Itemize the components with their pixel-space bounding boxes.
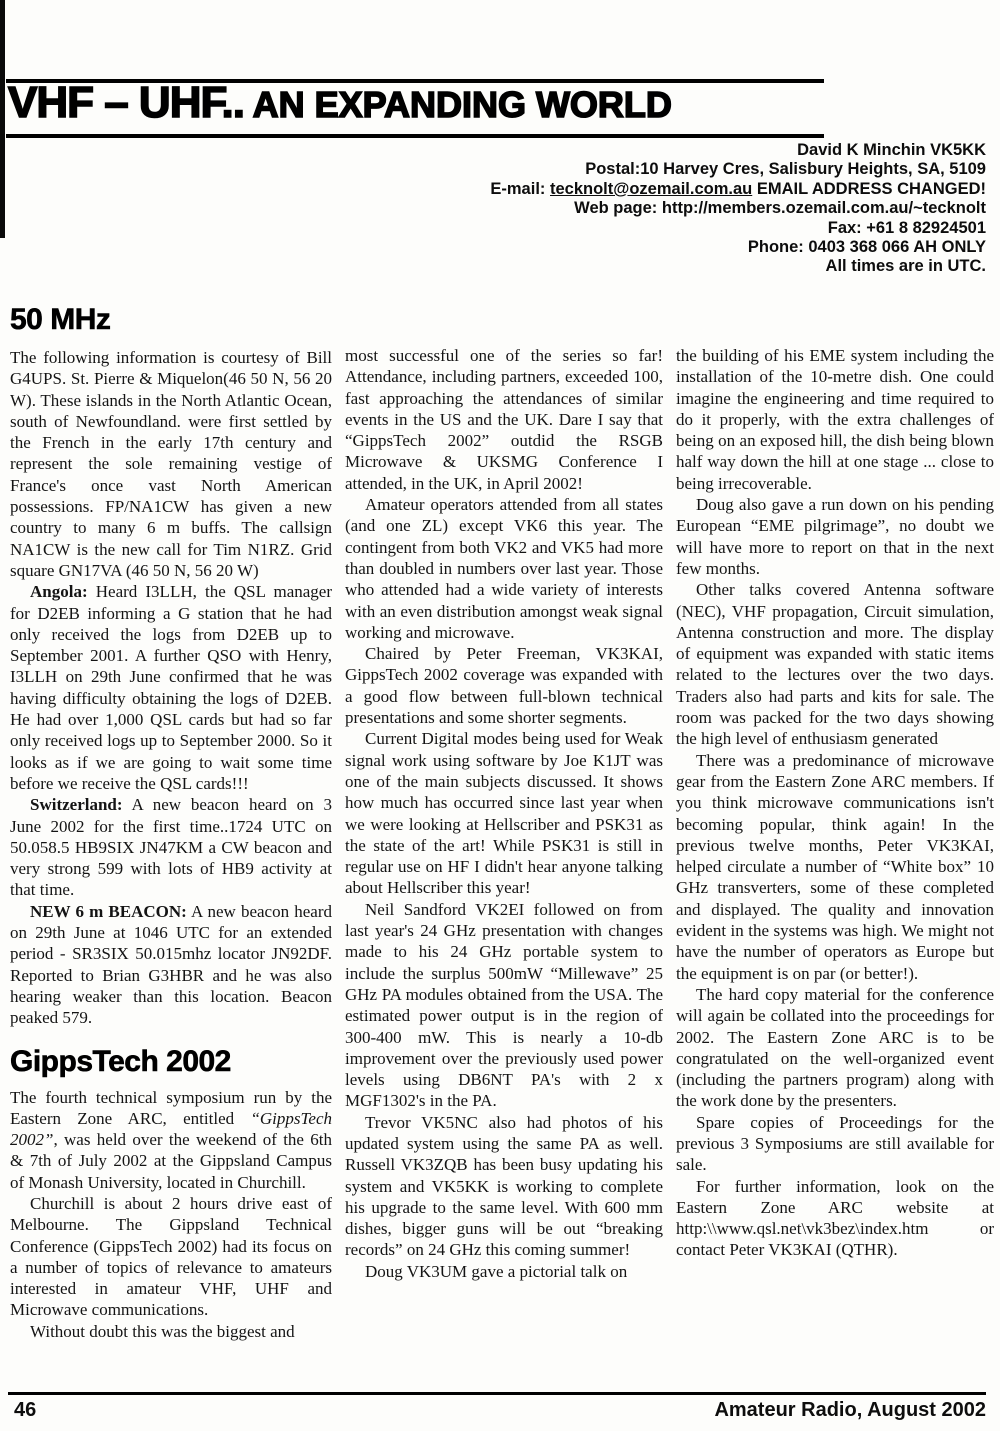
paragraph: There was a predominance of microwave ge…: [676, 750, 994, 984]
paragraph: The hard copy material for the conferenc…: [676, 984, 994, 1112]
paragraph-switzerland: Switzerland: A new beacon heard on 3 Jun…: [10, 794, 332, 900]
contact-line-postal: Postal:10 Harvey Cres, Salisbury Heights…: [366, 160, 986, 179]
paragraph: Doug also gave a run down on his pending…: [676, 494, 994, 579]
contact-line-phone: Phone: 0403 368 066 AH ONLY: [366, 238, 986, 257]
scan-artifact-left-edge: [0, 0, 5, 238]
paragraph: Spare copies of Proceedings for the prev…: [676, 1112, 994, 1176]
paragraph: most successful one of the series so far…: [345, 345, 663, 494]
paragraph-angola: Angola: Heard I3LLH, the QSL manager for…: [10, 581, 332, 794]
paragraph: Neil Sandford VK2EI followed on from las…: [345, 899, 663, 1112]
paragraph-lead: Switzerland:: [30, 795, 123, 814]
email-note: EMAIL ADDRESS CHANGED!: [752, 180, 986, 198]
column-2: most successful one of the series so far…: [345, 345, 663, 1391]
paragraph-lead: Angola:: [30, 582, 88, 601]
contact-line-fax: Fax: +61 8 82924501: [366, 219, 986, 238]
column-1: 50 MHz The following information is cour…: [10, 303, 332, 1391]
title-rule-bottom: [6, 134, 824, 138]
contact-line-utc: All times are in UTC.: [366, 257, 986, 276]
paragraph: Chaired by Peter Freeman, VK3KAI, GippsT…: [345, 643, 663, 728]
paragraph: Other talks covered Antenna software (NE…: [676, 579, 994, 749]
title-main: VHF – UHF..: [8, 78, 244, 127]
paragraph: Trevor VK5NC also had photos of his upda…: [345, 1112, 663, 1261]
paragraph: Without doubt this was the biggest and: [10, 1321, 332, 1342]
paragraph: Churchill is about 2 hours drive east of…: [10, 1193, 332, 1321]
title-subtitle: AN EXPANDING WORLD: [244, 84, 672, 125]
article-title-banner: VHF – UHF.. AN EXPANDING WORLD: [6, 79, 824, 138]
author-name: David K Minchin VK5KK: [366, 141, 986, 160]
paragraph: For further information, look on the Eas…: [676, 1176, 994, 1261]
contact-line-email: E-mail: tecknolt@ozemail.com.au EMAIL AD…: [366, 180, 986, 199]
paragraph: Amateur operators attended from all stat…: [345, 494, 663, 643]
paragraph-text: , was held over the weekend of the 6th &…: [10, 1130, 332, 1192]
scanned-magazine-page: VHF – UHF.. AN EXPANDING WORLD David K M…: [0, 0, 1000, 1431]
page-title: VHF – UHF.. AN EXPANDING WORLD: [8, 84, 824, 132]
contact-line-web: Web page: http://members.ozemail.com.au/…: [366, 199, 986, 218]
footer-rule: [8, 1392, 986, 1395]
section-heading-50mhz: 50 MHz: [10, 303, 332, 337]
magazine-issue: Amateur Radio, August 2002: [714, 1399, 986, 1422]
paragraph: the building of his EME system including…: [676, 345, 994, 494]
paragraph: The following information is courtesy of…: [10, 347, 332, 581]
paragraph: Current Digital modes being used for Wea…: [345, 728, 663, 898]
paragraph: Doug VK3UM gave a pictorial talk on: [345, 1261, 663, 1282]
paragraph-new-beacon: NEW 6 m BEACON: A new beacon heard on 29…: [10, 901, 332, 1029]
section-heading-gippstech: GippsTech 2002: [10, 1045, 332, 1079]
paragraph: The fourth technical symposium run by th…: [10, 1087, 332, 1193]
paragraph-text: Heard I3LLH, the QSL manager for D2EB in…: [10, 582, 332, 793]
email-label: E-mail:: [490, 180, 550, 198]
paragraph-lead: NEW 6 m BEACON:: [30, 902, 187, 921]
page-number: 46: [14, 1399, 36, 1422]
author-contact-block: David K Minchin VK5KK Postal:10 Harvey C…: [366, 141, 986, 277]
email-address: tecknolt@ozemail.com.au: [550, 180, 752, 198]
column-3: the building of his EME system including…: [676, 345, 994, 1391]
